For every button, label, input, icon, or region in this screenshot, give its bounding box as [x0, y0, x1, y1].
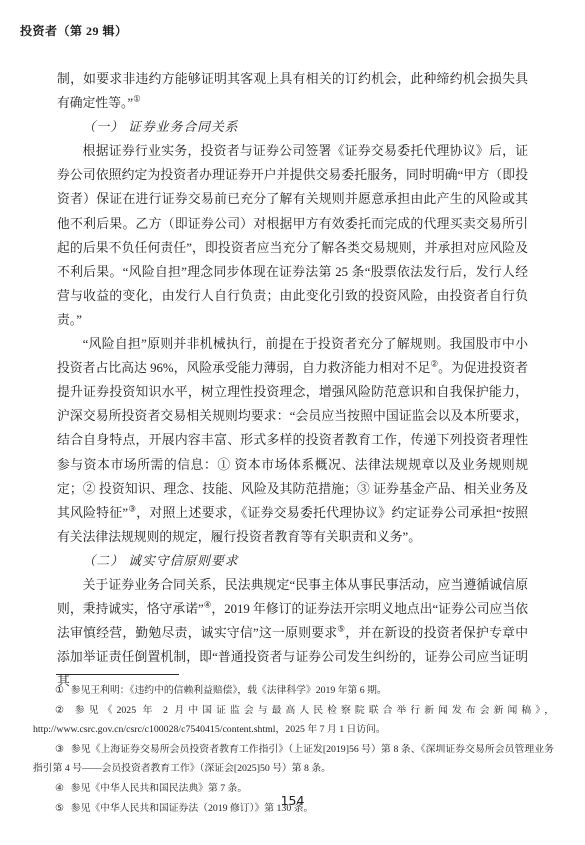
paragraph: 制，如要求非违约方能够证明其客观上具有相关的订约机会，此种缔约机会损失具有确定性…: [57, 67, 528, 115]
footnote-number: ②: [55, 705, 68, 716]
paragraph: 根据证券行业实务，投资者与证券公司签署《证券交易委托代理协议》后，证券公司依照约…: [57, 139, 528, 332]
footnote-separator: [56, 674, 179, 675]
book-page: 投资者（第 29 辑） 制，如要求非违约方能够证明其客观上具有相关的订约机会，此…: [0, 0, 585, 845]
section-heading: （二） 诚实守信原则要求: [57, 549, 528, 573]
paragraph: “风险自担”原则并非机械执行，前提在于投资者充分了解规则。我国股市中小投资者占比…: [57, 332, 528, 549]
footnote-number: ①: [55, 685, 64, 696]
section-heading: （一） 证券业务合同关系: [57, 115, 528, 139]
footnote-text: 参见《2025 年 2 月中国证监会与最高人民检察院联合举行新闻发布会新闻稿》，…: [33, 705, 554, 736]
running-head: 投资者（第 29 辑）: [20, 22, 128, 39]
footnote-item: ②参见《2025 年 2 月中国证监会与最高人民检察院联合举行新闻发布会新闻稿》…: [33, 701, 554, 740]
footnote-item: ①参见王利明：《违约中的信赖利益赔偿》，载《法律科学》2019 年第 6 期。: [33, 681, 554, 701]
paragraph: 关于证券业务合同关系，民法典规定“民事主体从事民事活动，应当遵循诚信原则，秉持诚…: [57, 573, 528, 693]
footnote-reference: ②: [430, 359, 438, 369]
footnote-text: 参见《上海证券交易所会员投资者教育工作指引》（上证发[2019]56 号）第 8…: [33, 744, 554, 775]
footnote-item: ③参见《上海证券交易所会员投资者教育工作指引》（上证发[2019]56 号）第 …: [33, 740, 554, 779]
body-text: 制，如要求非违约方能够证明其客观上具有相关的订约机会，此种缔约机会损失具有确定性…: [57, 67, 528, 693]
page-number: 154: [0, 793, 585, 808]
footnote-text: 参见王利明：《违约中的信赖利益赔偿》，载《法律科学》2019 年第 6 期。: [71, 685, 387, 696]
footnote-reference: ①: [133, 94, 141, 104]
footnote-number: ③: [55, 744, 64, 755]
